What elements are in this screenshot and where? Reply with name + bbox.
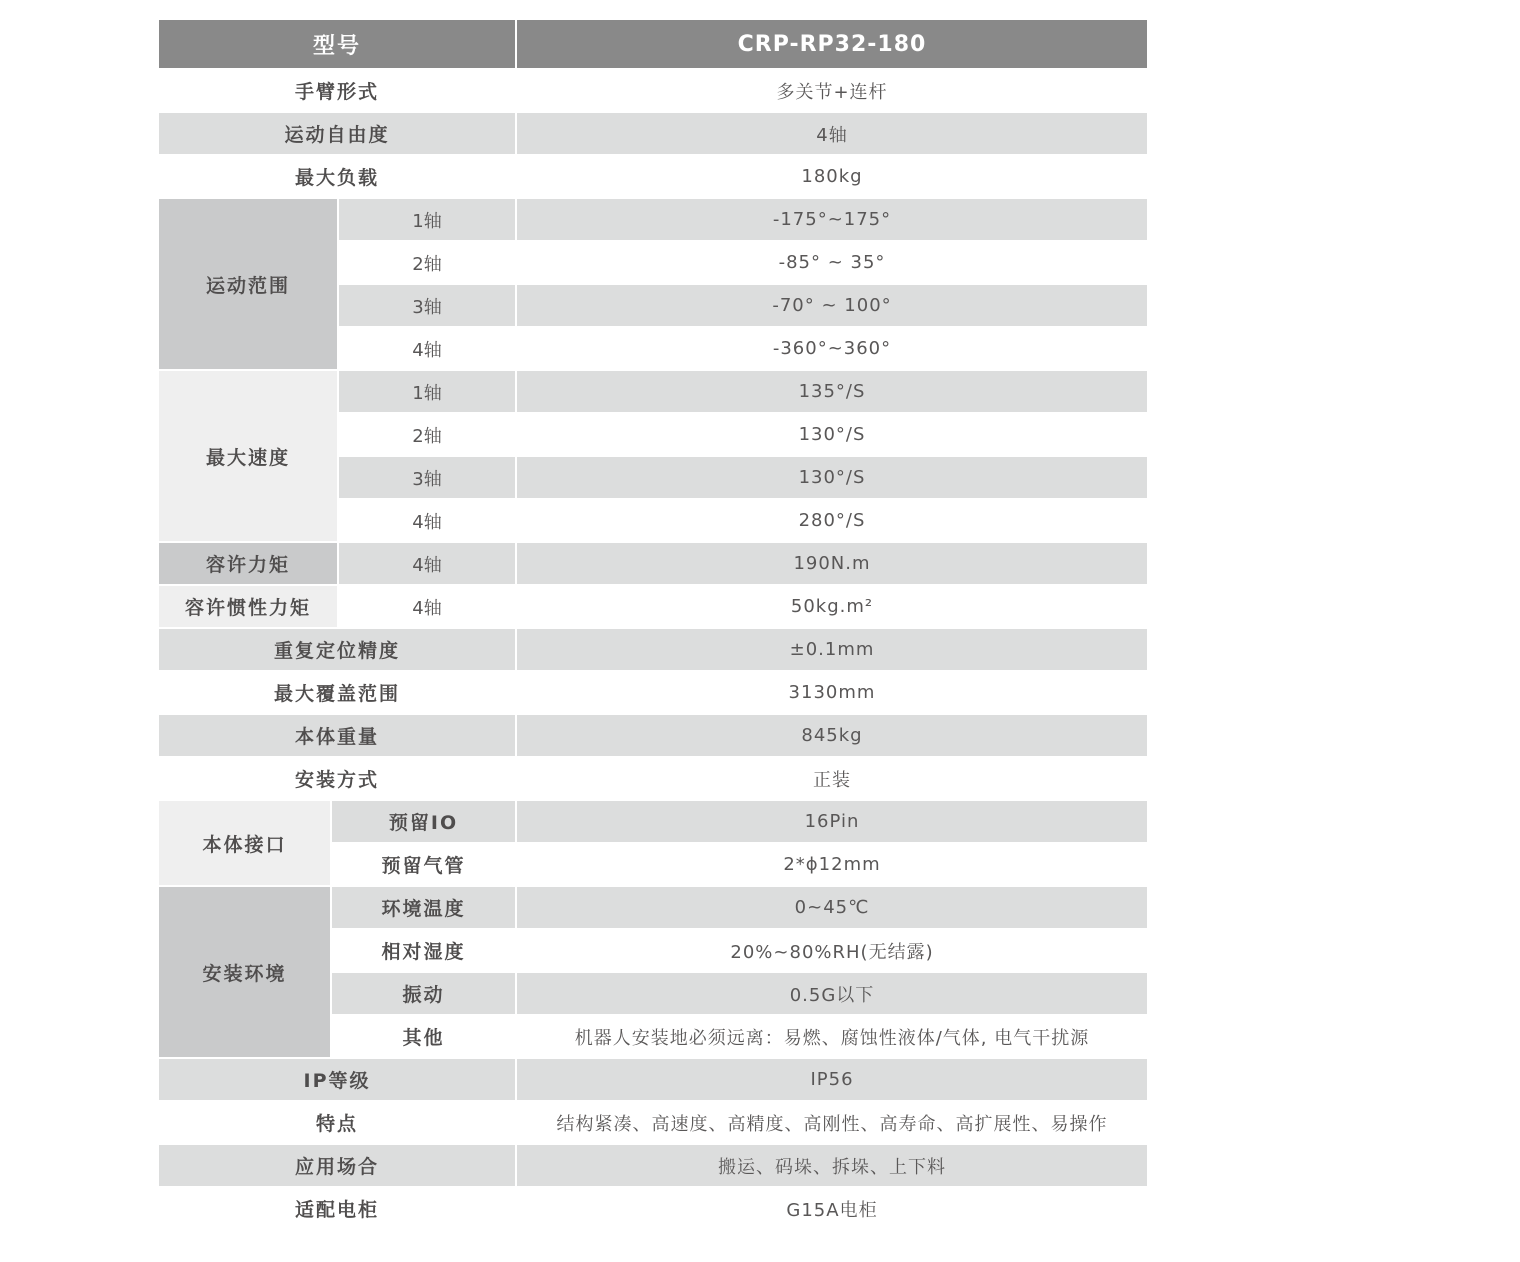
axis-label: 4轴 — [339, 500, 515, 541]
row-label: 重复定位精度 — [159, 629, 515, 670]
table-row: 运动自由度 4轴 — [159, 113, 1147, 154]
row-value: 搬运、码垛、拆垛、上下料 — [517, 1145, 1147, 1186]
row-value: 结构紧凑、高速度、高精度、高刚性、高寿命、高扩展性、易操作 — [517, 1102, 1147, 1143]
row-label: 最大覆盖范围 — [159, 672, 515, 713]
row-value: 20%~80%RH(无结露) — [517, 930, 1147, 971]
environment-group: 安装环境 环境温度 0~45℃ 相对湿度 20%~80%RH(无结露) 振动 0… — [159, 887, 1147, 1057]
table-row: 最大负载 180kg — [159, 156, 1147, 197]
sub-label: 预留气管 — [332, 844, 515, 885]
table-row: 2轴 -85° ~ 35° — [337, 242, 1147, 283]
spec-table: 型号 CRP-RP32-180 手臂形式 多关节+连杆 运动自由度 4轴 最大负… — [159, 20, 1147, 1231]
table-row: 预留气管 2*ϕ12mm — [330, 844, 1147, 885]
row-value: 4轴 — [517, 113, 1147, 154]
row-label: 本体重量 — [159, 715, 515, 756]
table-row: 相对湿度 20%~80%RH(无结露) — [330, 930, 1147, 971]
table-row: 手臂形式 多关节+连杆 — [159, 70, 1147, 111]
header-model: CRP-RP32-180 — [517, 20, 1147, 68]
table-row: 4轴 280°/S — [337, 500, 1147, 541]
row-value: 正装 — [517, 758, 1147, 799]
row-value: -360°~360° — [517, 328, 1147, 369]
row-value: -70° ~ 100° — [517, 285, 1147, 326]
interface-group: 本体接口 预留IO 16Pin 预留气管 2*ϕ12mm — [159, 801, 1147, 885]
table-row: 其他 机器人安装地必须远离：易燃、腐蚀性液体/气体, 电气干扰源 — [330, 1016, 1147, 1057]
row-label: 应用场合 — [159, 1145, 515, 1186]
axis-label: 1轴 — [339, 371, 515, 412]
sub-label: 其他 — [332, 1016, 515, 1057]
row-value: ±0.1mm — [517, 629, 1147, 670]
axis-label: 4轴 — [339, 328, 515, 369]
row-value: IP56 — [517, 1059, 1147, 1100]
row-value: 3130mm — [517, 672, 1147, 713]
group-label: 最大速度 — [159, 371, 337, 541]
max-speed-group: 最大速度 1轴 135°/S 2轴 130°/S 3轴 130°/S 4轴 28… — [159, 371, 1147, 541]
row-value: 180kg — [517, 156, 1147, 197]
row-value: 130°/S — [517, 457, 1147, 498]
table-row: 适配电柜 G15A电柜 — [159, 1188, 1147, 1229]
axis-label: 3轴 — [339, 457, 515, 498]
row-label: 适配电柜 — [159, 1188, 515, 1229]
table-row: 容许力矩 4轴 190N.m — [159, 543, 1147, 584]
table-row: 应用场合 搬运、码垛、拆垛、上下料 — [159, 1145, 1147, 1186]
sub-label: 环境温度 — [332, 887, 515, 928]
table-row: 特点 结构紧凑、高速度、高精度、高刚性、高寿命、高扩展性、易操作 — [159, 1102, 1147, 1143]
header-label: 型号 — [159, 20, 515, 68]
table-row: IP等级 IP56 — [159, 1059, 1147, 1100]
table-row: 安装方式 正装 — [159, 758, 1147, 799]
row-value: 0.5G以下 — [517, 973, 1147, 1014]
group-label: 安装环境 — [159, 887, 330, 1057]
row-value: 2*ϕ12mm — [517, 844, 1147, 885]
sub-label: 相对湿度 — [332, 930, 515, 971]
table-row: 最大覆盖范围 3130mm — [159, 672, 1147, 713]
table-row: 环境温度 0~45℃ — [330, 887, 1147, 928]
axis-label: 2轴 — [339, 414, 515, 455]
axis-label: 1轴 — [339, 199, 515, 240]
table-row: 4轴 -360°~360° — [337, 328, 1147, 369]
group-label: 本体接口 — [159, 801, 330, 885]
row-label: 安装方式 — [159, 758, 515, 799]
row-label: 最大负载 — [159, 156, 515, 197]
table-row: 振动 0.5G以下 — [330, 973, 1147, 1014]
table-row: 1轴 135°/S — [337, 371, 1147, 412]
axis-label: 2轴 — [339, 242, 515, 283]
row-value: -175°~175° — [517, 199, 1147, 240]
row-value: 130°/S — [517, 414, 1147, 455]
row-value: 845kg — [517, 715, 1147, 756]
sub-label: 预留IO — [332, 801, 515, 842]
table-row: 2轴 130°/S — [337, 414, 1147, 455]
row-value: 0~45℃ — [517, 887, 1147, 928]
table-row: 本体重量 845kg — [159, 715, 1147, 756]
row-label: 运动自由度 — [159, 113, 515, 154]
row-label: IP等级 — [159, 1059, 515, 1100]
table-row: 3轴 130°/S — [337, 457, 1147, 498]
axis-label: 4轴 — [339, 543, 515, 584]
table-row: 重复定位精度 ±0.1mm — [159, 629, 1147, 670]
group-label: 运动范围 — [159, 199, 337, 369]
row-label: 手臂形式 — [159, 70, 515, 111]
axis-label: 4轴 — [339, 586, 515, 627]
row-value: G15A电柜 — [517, 1188, 1147, 1229]
row-value: 280°/S — [517, 500, 1147, 541]
sub-label: 振动 — [332, 973, 515, 1014]
table-row: 容许惯性力矩 4轴 50kg.m² — [159, 586, 1147, 627]
table-row: 预留IO 16Pin — [330, 801, 1147, 842]
row-value: 机器人安装地必须远离：易燃、腐蚀性液体/气体, 电气干扰源 — [517, 1016, 1147, 1057]
table-row: 3轴 -70° ~ 100° — [337, 285, 1147, 326]
axis-label: 3轴 — [339, 285, 515, 326]
row-value: 190N.m — [517, 543, 1147, 584]
table-header: 型号 CRP-RP32-180 — [159, 20, 1147, 68]
row-value: -85° ~ 35° — [517, 242, 1147, 283]
row-value: 50kg.m² — [517, 586, 1147, 627]
motion-range-group: 运动范围 1轴 -175°~175° 2轴 -85° ~ 35° 3轴 -70°… — [159, 199, 1147, 369]
row-label: 容许力矩 — [159, 543, 337, 584]
row-value: 多关节+连杆 — [517, 70, 1147, 111]
table-row: 1轴 -175°~175° — [337, 199, 1147, 240]
row-value: 135°/S — [517, 371, 1147, 412]
row-label: 容许惯性力矩 — [159, 586, 337, 627]
row-value: 16Pin — [517, 801, 1147, 842]
row-label: 特点 — [159, 1102, 515, 1143]
